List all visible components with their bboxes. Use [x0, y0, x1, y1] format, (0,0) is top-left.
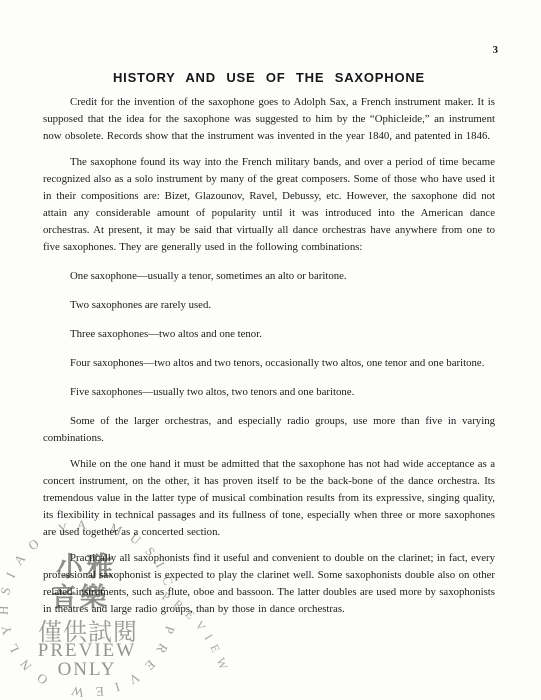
book-page: 3 HISTORY AND USE OF THE SAXOPHONE Credi…	[0, 0, 541, 700]
watermark-preview-text: PREVIEW	[38, 640, 136, 661]
watermark-only-text: ONLY	[58, 659, 117, 680]
closing-paragraph-3: Practically all saxophonists find it use…	[43, 550, 495, 618]
combination-line-two: Two saxophones are rarely used.	[43, 297, 495, 314]
intro-paragraph-2: The saxophone found its way into the Fre…	[43, 154, 495, 256]
closing-paragraph-1: Some of the larger orchestras, and espec…	[43, 413, 495, 447]
combination-line-one: One saxophone—usually a tenor, sometimes…	[43, 268, 495, 285]
combination-line-four: Four saxophones—two altos and two tenors…	[43, 355, 495, 372]
intro-paragraph-1: Credit for the invention of the saxophon…	[43, 94, 495, 145]
page-number: 3	[493, 44, 499, 56]
page-title: HISTORY AND USE OF THE SAXOPHONE	[43, 70, 495, 85]
page-content: HISTORY AND USE OF THE SAXOPHONE Credit …	[43, 70, 495, 627]
combination-line-five: Five saxophones—usually two altos, two t…	[43, 384, 495, 401]
closing-paragraph-2: While on the one hand it must be admitte…	[43, 456, 495, 541]
combination-line-three: Three saxophones—two altos and one tenor…	[43, 326, 495, 343]
